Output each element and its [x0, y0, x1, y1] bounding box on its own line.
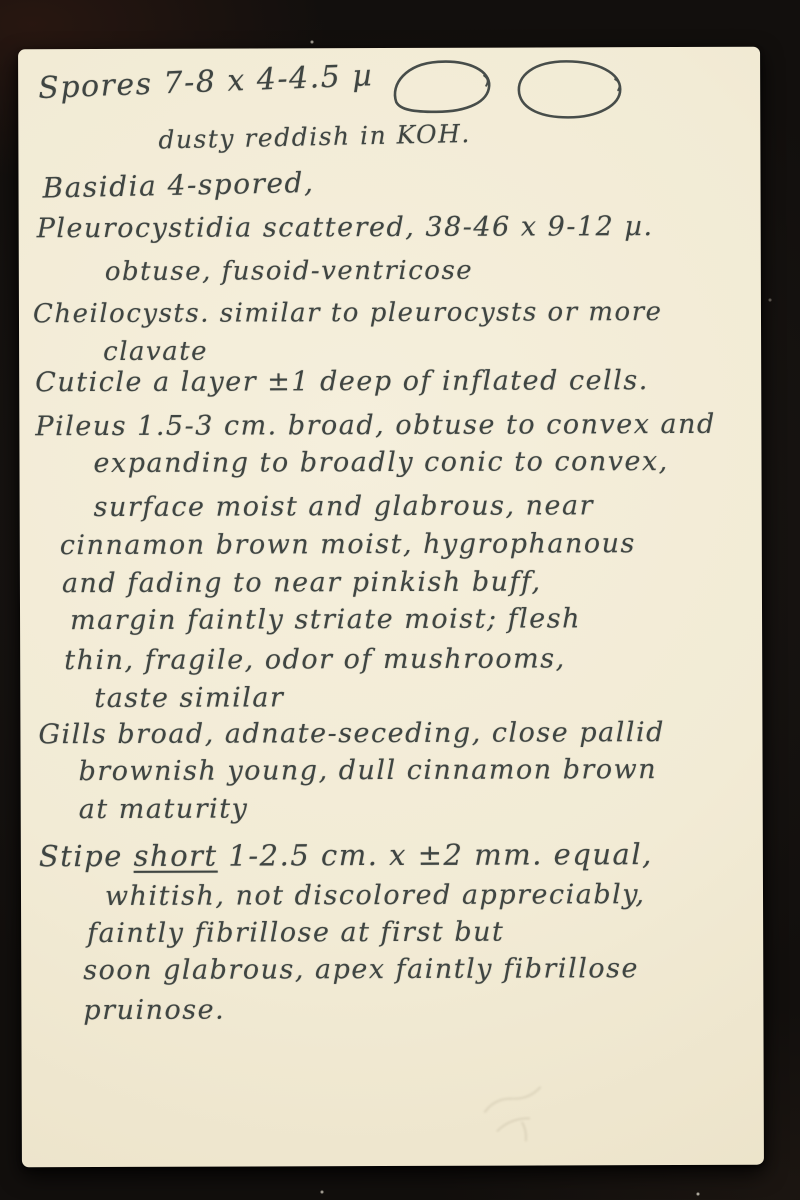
- line-stipe-4: soon glabrous, apex faintly fibrillose: [83, 953, 639, 986]
- spore-sketches: [384, 53, 644, 128]
- line-cuticle: Cuticle a layer ±1 deep of inflated cell…: [35, 365, 649, 398]
- stipe-dimensions: 1-2.5 cm. x ±2 mm. equal,: [218, 837, 653, 873]
- line-pileus-6: margin faintly striate moist; flesh: [70, 603, 581, 636]
- line-basidia: Basidia 4-spored,: [42, 166, 314, 205]
- line-gills-2: brownish young, dull cinnamon brown: [79, 754, 658, 787]
- line-pileus-8-taste: taste similar: [94, 682, 284, 714]
- spore-outline-ovoid-icon: [519, 61, 621, 117]
- line-cheilocystidia-cont: clavate: [103, 337, 208, 367]
- line-gills-3: at maturity: [79, 793, 249, 825]
- line-pileus-3: surface moist and glabrous, near: [94, 490, 594, 523]
- line-spore-dimensions: Spores 7-8 x 4-4.5 µ: [38, 58, 374, 106]
- line-gills-1: Gills broad, adnate-seceding, close pall…: [38, 717, 665, 750]
- line-pleurocystidia: Pleurocystidia scattered, 38-46 x 9-12 µ…: [37, 211, 654, 244]
- index-card: Spores 7-8 x 4-4.5 µ dusty reddish in KO…: [18, 47, 764, 1168]
- line-pileus-7: thin, fragile, odor of mushrooms,: [64, 643, 566, 676]
- line-stipe-2: whitish, not discolored appreciably,: [105, 879, 646, 912]
- line-pileus-5: and fading to near pinkish buff,: [62, 566, 542, 599]
- stipe-short-underlined: short: [134, 839, 218, 873]
- line-pileus-1: Pileus 1.5-3 cm. broad, obtuse to convex…: [35, 409, 716, 442]
- line-pileus-2: expanding to broadly conic to convex,: [93, 446, 668, 479]
- line-pileus-4: cinnamon brown moist, hygrophanous: [60, 528, 636, 561]
- line-stipe-3: faintly fibrillose at first but: [87, 917, 504, 949]
- line-stipe-1: Stipe short 1-2.5 cm. x ±2 mm. equal,: [39, 837, 653, 873]
- stipe-word: Stipe: [39, 839, 134, 873]
- spore-outline-ellipse-icon: [395, 61, 489, 112]
- line-stipe-5: pruinose.: [83, 995, 225, 1026]
- faint-embossed-mark: [458, 1055, 591, 1175]
- line-cheilocystidia: Cheilocysts. similar to pleurocysts or m…: [33, 297, 663, 329]
- line-pleurocystidia-shape: obtuse, fusoid-ventricose: [105, 256, 473, 287]
- line-spore-koh-color: dusty reddish in KOH.: [158, 119, 471, 155]
